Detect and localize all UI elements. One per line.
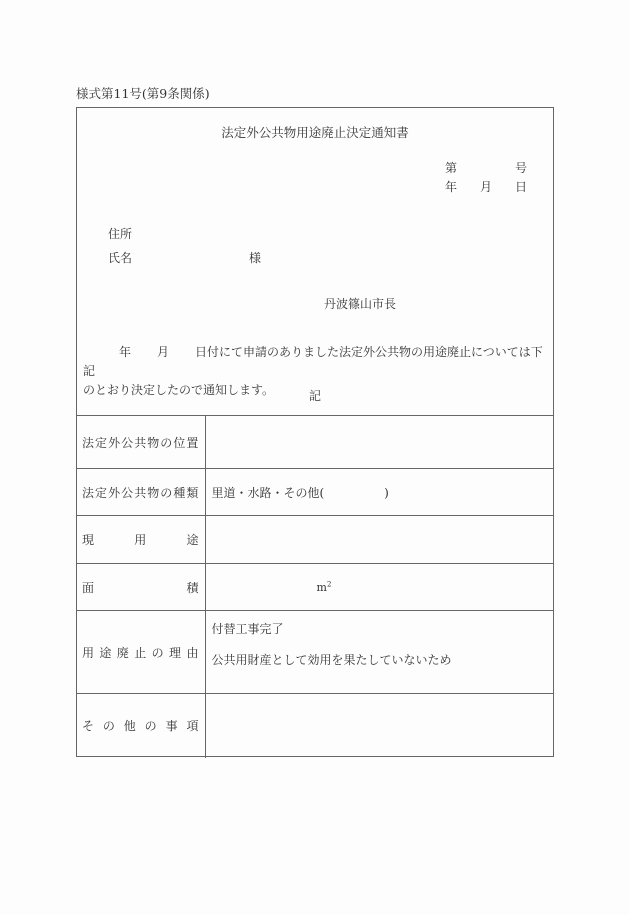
reason-line2: 公共用財産として効用を果たしていないため: [212, 651, 555, 668]
row-label: 面 積: [76, 564, 205, 611]
body-line1: 日付にて申請のありました法定外公共物の用途廃止については下記: [83, 345, 543, 378]
row-label: 法 定 外 公 共 物 の 位 置: [76, 416, 205, 469]
document-title: 法定外公共物用途廃止決定通知書: [77, 123, 553, 141]
name-label: 氏名: [108, 249, 132, 266]
row-label: 法 定 外 公 共 物 の 種 類: [76, 469, 205, 516]
table-row-type: 法 定 外 公 共 物 の 種 類 里道・水路・その他( ): [76, 469, 554, 516]
table-row-location: 法 定 外 公 共 物 の 位 置: [76, 416, 554, 469]
area-unit: m2: [317, 581, 332, 594]
document-date: 年 月 日: [445, 178, 527, 195]
issuer-name: 丹波篠山市長: [324, 295, 396, 312]
date-year: 年: [445, 178, 457, 195]
date-day: 日: [515, 178, 527, 195]
detail-table: 法 定 外 公 共 物 の 位 置 法 定 外 公: [76, 415, 554, 758]
table-row-reason: 用 途 廃 止 の 理 由 付替工事完了 公共用財産として効用を果たしていないた…: [76, 611, 554, 694]
current-use-value[interactable]: [205, 516, 554, 564]
reason-line1: 付替工事完了: [212, 620, 555, 637]
honorific: 様: [249, 249, 261, 266]
reason-value[interactable]: 付替工事完了 公共用財産として効用を果たしていないため: [205, 611, 554, 694]
body-year: 年: [119, 345, 131, 359]
row-label: 現 用 途: [76, 516, 205, 564]
number-prefix: 第: [445, 159, 457, 176]
body-month: 月: [157, 345, 169, 359]
form-number: 様式第11号(第9条関係): [76, 84, 210, 102]
type-value[interactable]: 里道・水路・その他( ): [205, 469, 554, 516]
row-label: 用 途 廃 止 の 理 由: [76, 611, 205, 694]
other-value[interactable]: [205, 694, 554, 758]
table-row-other: そ の 他 の 事 項: [76, 694, 554, 758]
table-row-current-use: 現 用 途: [76, 516, 554, 564]
location-value[interactable]: [205, 416, 554, 469]
address-label: 住所: [108, 225, 132, 242]
number-suffix: 号: [515, 159, 527, 176]
table-row-area: 面 積 m2: [76, 564, 554, 611]
document-number: 第 号: [445, 159, 527, 176]
row-label: そ の 他 の 事 項: [76, 694, 205, 758]
notice-document: 法定外公共物用途廃止決定通知書 第 号 年 月 日 住所 氏名 様 丹波篠山市長…: [76, 107, 554, 757]
area-value[interactable]: m2: [205, 564, 554, 611]
date-month: 月: [480, 178, 492, 195]
ki-heading: 記: [77, 387, 553, 404]
